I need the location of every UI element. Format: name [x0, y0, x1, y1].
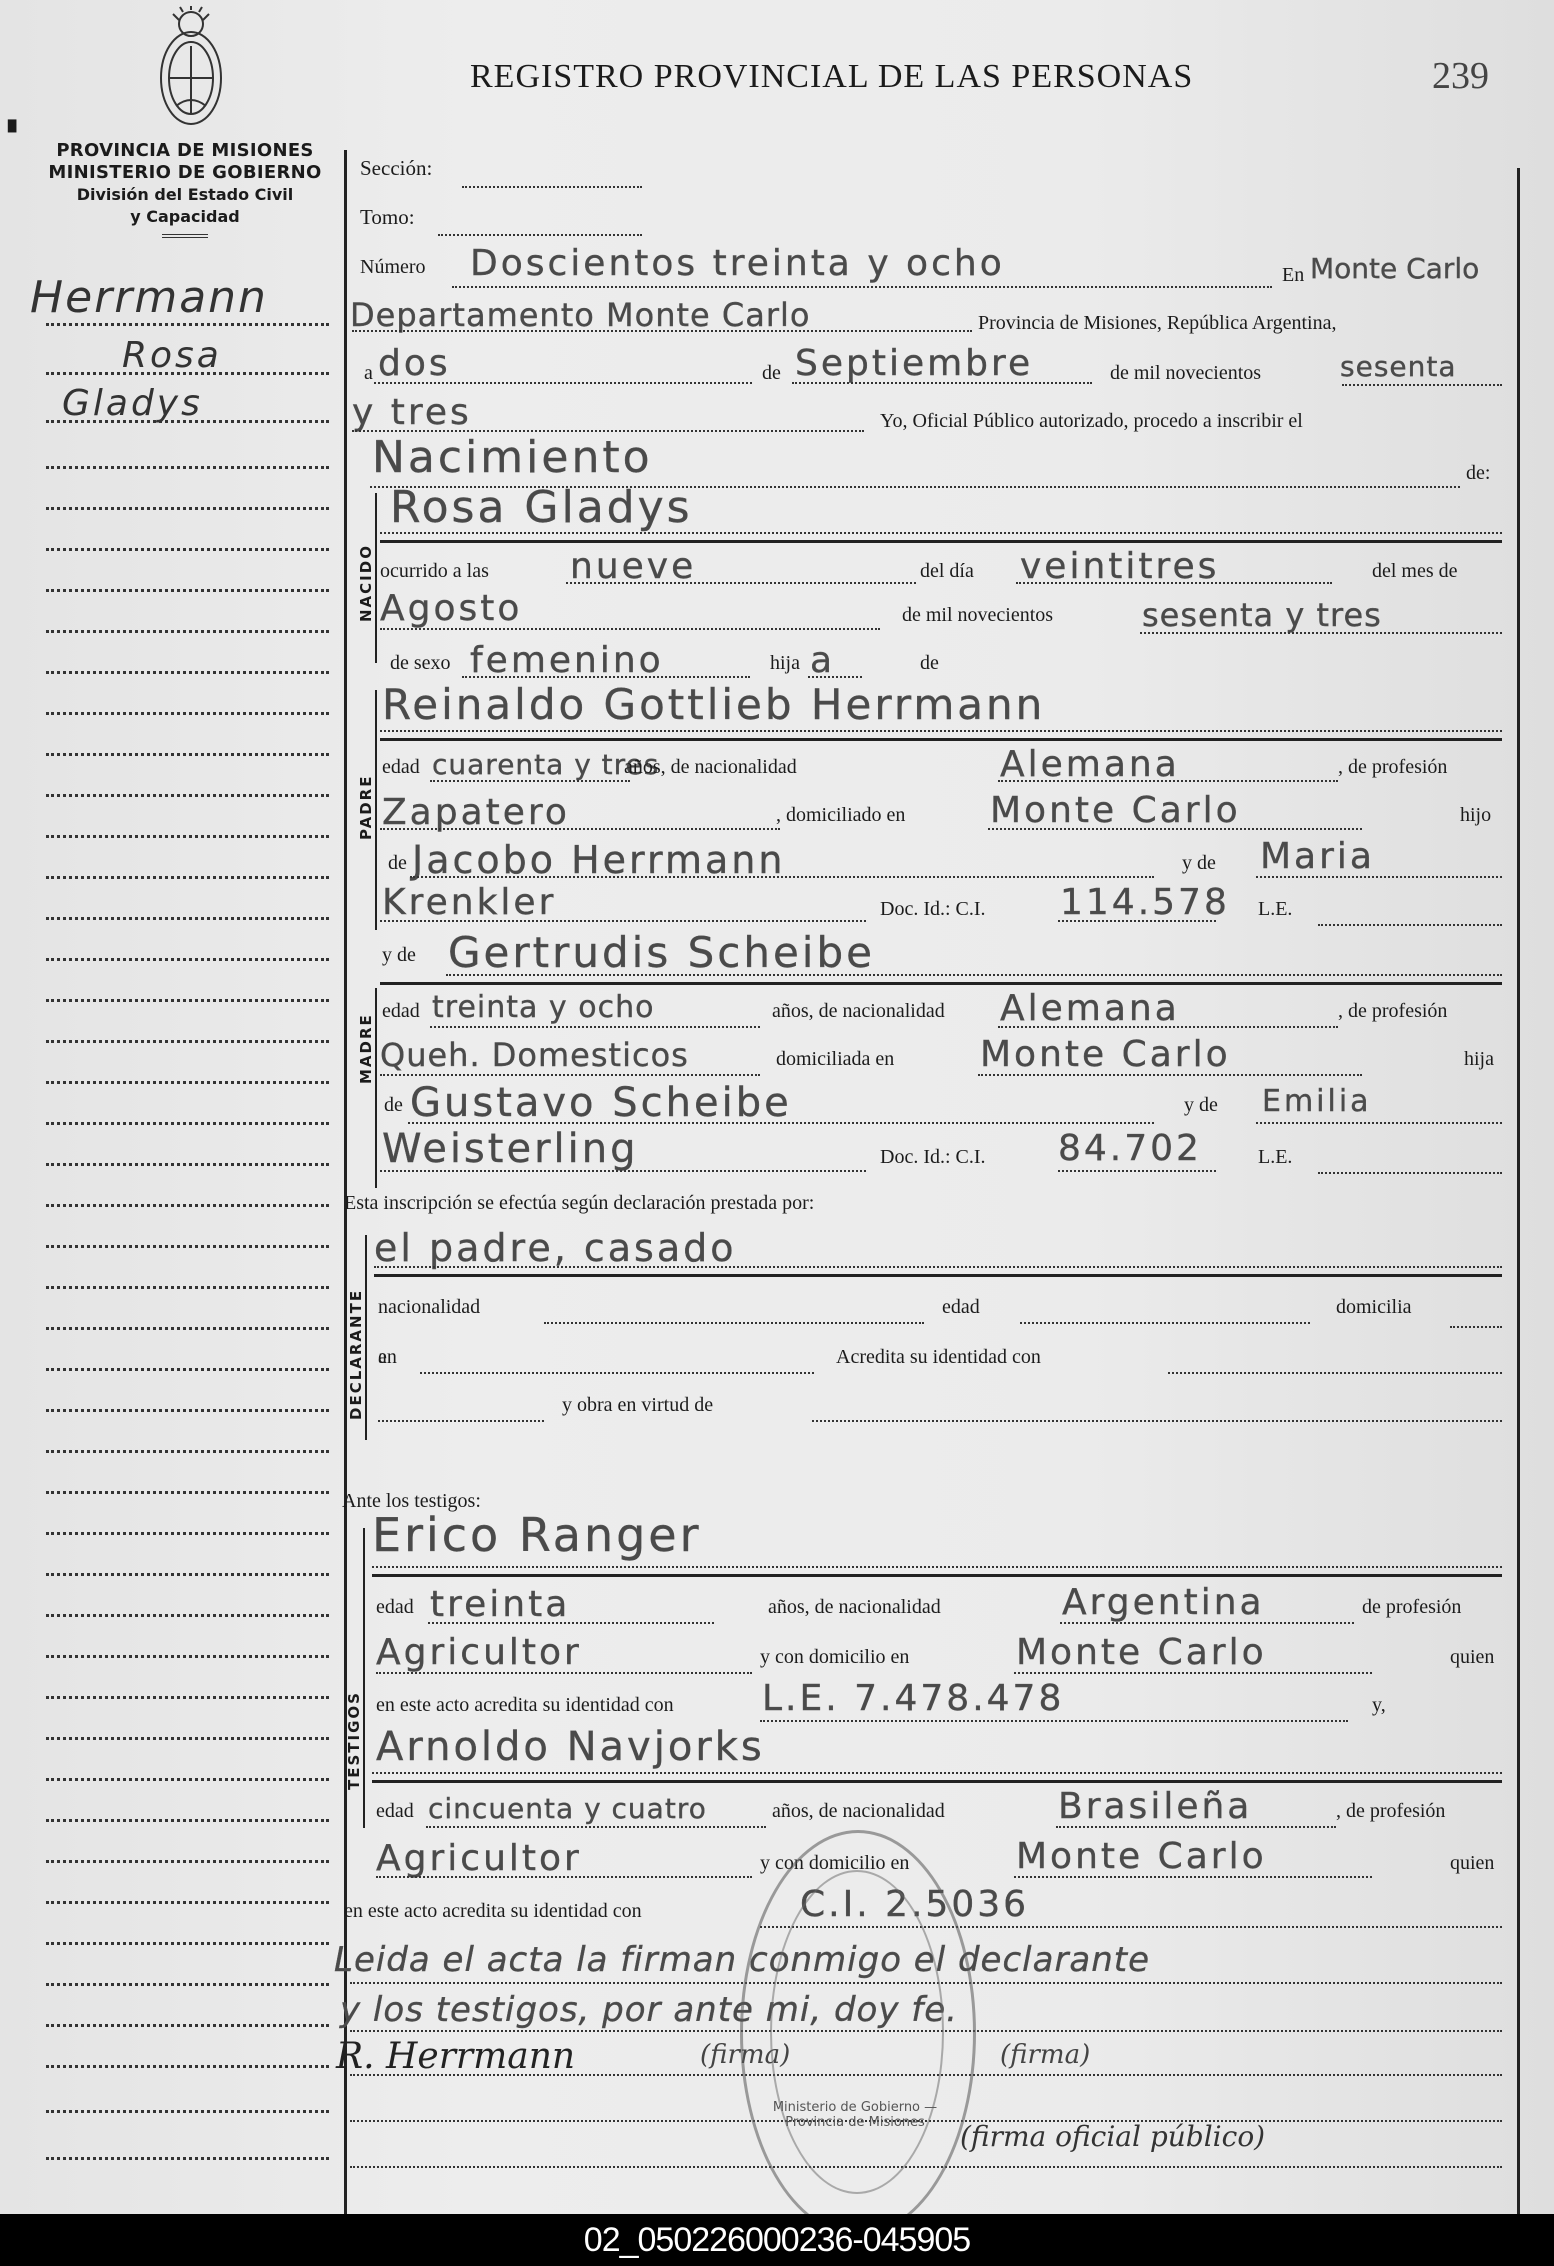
padre-domicilio-value[interactable]: Monte Carlo — [990, 790, 1241, 831]
testigo1-nacionalidad-label: años, de nacionalidad — [768, 1596, 941, 1619]
nacido-nombre-value[interactable]: Rosa Gladys — [390, 482, 693, 533]
madre-ci-value[interactable]: 84.702 — [1058, 1128, 1202, 1169]
declarante-pre-virtud-field[interactable] — [378, 1420, 544, 1422]
declarante-edad-field[interactable] — [1020, 1322, 1310, 1324]
margin-given-name-2: Gladys — [62, 383, 203, 424]
padre-nacionalidad-line — [998, 780, 1338, 782]
testigo1-edad-line — [428, 1622, 714, 1624]
mes-line — [792, 382, 1092, 384]
testigo1-identidad-line — [760, 1720, 1348, 1722]
anio-value-2[interactable]: y tres — [352, 392, 472, 433]
issuing-authority: PROVINCIA DE MISIONES MINISTERIO DE GOBI… — [40, 140, 330, 238]
testigo1-edad-label: edad — [376, 1596, 414, 1619]
del-dia-label: del día — [920, 560, 974, 583]
abuela-materna-value-2[interactable]: Weisterling — [382, 1126, 638, 1172]
testigo2-edad-line — [426, 1826, 766, 1828]
padre-de-label: de — [388, 852, 407, 875]
page-title: REGISTRO PROVINCIAL DE LAS PERSONAS — [470, 58, 1193, 96]
padre-ci-value[interactable]: 114.578 — [1060, 882, 1230, 923]
testigo2-domicilio-line — [1014, 1876, 1372, 1878]
padre-edad-line — [430, 780, 630, 782]
inscripcion-label: Esta inscripción se efectúa según declar… — [344, 1192, 814, 1215]
madre-nacionalidad-line — [998, 1026, 1338, 1028]
dia-value[interactable]: dos — [378, 343, 451, 384]
mes-value[interactable]: Septiembre — [795, 343, 1033, 384]
testigo1-profesion-label: de profesión — [1362, 1596, 1461, 1619]
madre-nombre-line — [446, 974, 1502, 976]
seccion-label: Sección: — [360, 156, 432, 181]
padre-profesion-label: , de profesión — [1338, 756, 1447, 779]
declarante-en-field[interactable] — [420, 1372, 814, 1374]
argentine-coat-of-arms-icon — [150, 6, 232, 132]
padre-nacionalidad-label: años, de nacionalidad — [624, 756, 797, 779]
abuela-paterna-value-2[interactable]: Krenkler — [382, 882, 556, 923]
testigo2-divider — [372, 1780, 1502, 1783]
padre-edad-label: edad — [382, 756, 420, 779]
section-madre: MADRE — [357, 1013, 375, 1084]
org-rule — [162, 234, 208, 238]
padre-bracket — [375, 690, 377, 930]
hija-line — [808, 676, 862, 678]
abuela-materna-line-2 — [380, 1170, 866, 1172]
testigo2-nombre-value[interactable]: Arnoldo Navjorks — [376, 1724, 765, 1770]
registry-page: ▘ PROVINCIA DE MISIONES MINISTERIO DE GO… — [0, 0, 1554, 2214]
del-mes-label: del mes de — [1372, 560, 1458, 583]
numero-value[interactable]: Doscientos treinta y ocho — [470, 243, 1005, 284]
de-colon-label: de: — [1466, 462, 1490, 485]
testigo1-nacionalidad-value[interactable]: Argentina — [1062, 1582, 1265, 1623]
madre-domicilio-line — [978, 1074, 1362, 1076]
signature-declarante: R. Herrmann — [336, 2036, 575, 2077]
madre-bracket — [375, 988, 377, 1188]
testigo2-domicilio-value[interactable]: Monte Carlo — [1016, 1836, 1267, 1877]
testigo1-edad-value[interactable]: treinta — [430, 1584, 570, 1625]
madre-docid-label: Doc. Id.: C.I. — [880, 1146, 986, 1169]
madre-nacionalidad-value[interactable]: Alemana — [1000, 988, 1180, 1029]
padre-y-de-label: y de — [1182, 852, 1216, 875]
mil-novecientos-nac-label: de mil novecientos — [902, 604, 1053, 627]
hija-madre-label: hija — [1464, 1048, 1494, 1071]
org-division-2: y Capacidad — [40, 206, 330, 228]
testigo2-profesion-line — [376, 1876, 752, 1878]
signature-oficial: (firma oficial público) — [960, 2120, 1265, 2153]
domiciliada-label: domiciliada en — [776, 1048, 894, 1071]
testigo2-nacionalidad-label: años, de nacionalidad — [772, 1800, 945, 1823]
page-number: 239 — [1432, 54, 1489, 98]
madre-divider — [380, 982, 1502, 985]
madre-edad-value[interactable]: treinta y ocho — [432, 990, 654, 1025]
abuela-materna-value-1[interactable]: Emilia — [1262, 1084, 1372, 1119]
sexo-line — [462, 676, 750, 678]
declarante-divider — [374, 1274, 1502, 1277]
madre-profesion-line — [380, 1074, 760, 1076]
padre-le-field[interactable] — [1318, 924, 1502, 926]
madre-domicilio-value[interactable]: Monte Carlo — [980, 1034, 1231, 1075]
seccion-field[interactable] — [462, 186, 642, 188]
margin-mark: ▘ — [8, 120, 25, 146]
obra-virtud-label: y obra en virtud de — [562, 1394, 713, 1417]
tomo-field[interactable] — [438, 234, 642, 236]
testigo2-nombre-line — [372, 1772, 1502, 1774]
section-declarante: DECLARANTE — [347, 1289, 365, 1420]
testigo2-edad-label: edad — [376, 1800, 414, 1823]
testigo1-nombre-line — [372, 1566, 1502, 1568]
anio-line-1 — [1342, 384, 1502, 386]
seal-text: Ministerio de Gobierno — Provincia de Mi… — [760, 2100, 950, 2130]
madre-de-label: de — [384, 1094, 403, 1117]
hora-value[interactable]: nueve — [570, 546, 696, 587]
sexo-value[interactable]: femenino — [470, 640, 664, 681]
madre-le-field[interactable] — [1318, 1172, 1502, 1174]
declarante-bracket — [365, 1235, 367, 1440]
testigo2-quien-label: quien — [1450, 1852, 1494, 1875]
acto-value[interactable]: Nacimiento — [372, 432, 653, 483]
abuela-materna-line-1 — [1256, 1122, 1502, 1124]
nacido-nombre-line — [380, 532, 1502, 534]
nacido-bracket — [375, 493, 377, 663]
testigo1-divider — [372, 1574, 1502, 1577]
declarante-domicilio-field[interactable] — [1450, 1326, 1502, 1328]
madre-profesion-label: , de profesión — [1338, 1000, 1447, 1023]
abuelo-paterno-line — [410, 876, 1154, 878]
testigo1-y-label: y, — [1372, 1694, 1386, 1717]
dia-line — [374, 382, 752, 384]
padre-profesion-line — [380, 828, 780, 830]
frame-right-border — [1517, 168, 1520, 2220]
padre-nacionalidad-value[interactable]: Alemana — [1000, 744, 1180, 785]
testigo1-domicilio-label: y con domicilio en — [760, 1646, 909, 1669]
abuelo-materno-value[interactable]: Gustavo Scheibe — [410, 1080, 792, 1126]
closing-line-1: Leida el acta la firman conmigo el decla… — [334, 1940, 1150, 1980]
padre-domicilio-line — [988, 828, 1362, 830]
padre-nombre-line — [380, 730, 1502, 732]
madre-y-de-2-label: y de — [1184, 1094, 1218, 1117]
testigo1-identidad-value[interactable]: L.E. 7.478.478 — [762, 1678, 1064, 1719]
testigo1-domicilio-line — [1014, 1672, 1372, 1674]
testigo1-nombre-value[interactable]: Erico Ranger — [372, 1508, 702, 1562]
testigo1-quien-label: quien — [1450, 1646, 1494, 1669]
signature-testigo-2: (firma) — [1000, 2040, 1090, 2070]
madre-edad-label: edad — [382, 1000, 420, 1023]
en-label: En — [1282, 264, 1304, 287]
domicilia-label: domicilia — [1336, 1296, 1412, 1319]
madre-ci-line — [1058, 1170, 1216, 1172]
declarante-edad-label: edad — [942, 1296, 980, 1319]
testigo2-profesion-value[interactable]: Agricultor — [376, 1838, 582, 1879]
departamento-value[interactable]: Departamento Monte Carlo — [350, 296, 810, 334]
anio-nac-value[interactable]: sesenta y tres — [1142, 596, 1382, 634]
anio-nac-line — [1140, 632, 1502, 634]
testigo2-nacionalidad-line — [1056, 1826, 1336, 1828]
declarante-nacionalidad-label: nacionalidad — [378, 1296, 480, 1319]
scan-id-footer: 02_050226000236-045905 — [0, 2214, 1554, 2266]
declarante-quien-line — [374, 1266, 1502, 1268]
padre-nombre-value[interactable]: Reinaldo Gottlieb Herrmann — [382, 680, 1045, 729]
acredita-label: Acredita su identidad con — [836, 1346, 1041, 1369]
hijo-label: hijo — [1460, 804, 1491, 827]
abuelo-materno-line — [408, 1122, 1154, 1124]
padre-profesion-value[interactable]: Zapatero — [382, 792, 570, 833]
madre-nombre-value[interactable]: Gertrudis Scheibe — [448, 928, 875, 977]
tomo-label: Tomo: — [360, 205, 415, 230]
ocurrido-label: ocurrido a las — [380, 560, 489, 583]
margin-surname: Herrmann — [30, 272, 268, 323]
madre-nacionalidad-label: años, de nacionalidad — [772, 1000, 945, 1023]
testigo1-acto-label: en este acto acredita su identidad con — [376, 1694, 674, 1717]
org-province: PROVINCIA DE MISIONES — [40, 140, 330, 162]
provincia-label: Provincia de Misiones, República Argenti… — [978, 312, 1336, 335]
madre-profesion-value[interactable]: Queh. Domesticos — [380, 1036, 689, 1074]
declarante-identidad-field[interactable] — [1168, 1372, 1502, 1374]
testigo2-nacionalidad-value[interactable]: Brasileña — [1058, 1786, 1252, 1827]
numero-label: Número — [360, 256, 426, 279]
declarante-en-text: en — [378, 1346, 397, 1369]
testigos-bracket — [363, 1528, 365, 1828]
section-nacido: NACIDO — [357, 544, 375, 622]
a-label: a — [364, 362, 373, 385]
testigo1-profesion-line — [376, 1672, 752, 1674]
abuela-paterna-line-1 — [1256, 876, 1502, 878]
lugar-value[interactable]: Monte Carlo — [1310, 252, 1479, 285]
section-padre: PADRE — [357, 775, 375, 840]
anio-value-1[interactable]: sesenta — [1340, 350, 1457, 383]
madre-edad-line — [430, 1026, 760, 1028]
departamento-line — [352, 330, 972, 332]
testigo1-nacionalidad-line — [1060, 1622, 1354, 1624]
declarante-nacionalidad-field[interactable] — [544, 1322, 924, 1324]
madre-le-label: L.E. — [1258, 1146, 1292, 1169]
margin-given-name-1: Rosa — [122, 335, 222, 376]
section-testigos: TESTIGOS — [345, 1691, 363, 1790]
de-label: de — [762, 362, 781, 385]
declarante-quien-value[interactable]: el padre, casado — [374, 1226, 737, 1270]
org-division: División del Estado Civil — [40, 184, 330, 206]
testigo2-edad-value[interactable]: cincuenta y cuatro — [428, 1792, 707, 1825]
abuela-paterna-value-1[interactable]: Maria — [1260, 836, 1375, 877]
de-padres-label: de — [920, 652, 939, 675]
org-ministry: MINISTERIO DE GOBIERNO — [40, 162, 330, 184]
sexo-label: de sexo — [390, 652, 451, 675]
mes-nac-line — [380, 628, 880, 630]
hija-label: hija — [770, 652, 800, 675]
testigo2-profesion-label: , de profesión — [1336, 1800, 1445, 1823]
padre-divider — [380, 738, 1502, 741]
dia-nac-line — [1016, 582, 1332, 584]
padre-le-label: L.E. — [1258, 898, 1292, 921]
mes-nac-value[interactable]: Agosto — [380, 588, 522, 629]
hija-value[interactable]: a — [810, 640, 835, 681]
dia-nac-value[interactable]: veintitres — [1020, 546, 1219, 587]
oficial-label: Yo, Oficial Público autorizado, procedo … — [880, 410, 1303, 433]
numero-line — [452, 286, 1272, 288]
testigo1-profesion-value[interactable]: Agricultor — [376, 1632, 582, 1673]
madre-y-de-label: y de — [382, 944, 416, 967]
testigo2-acto-label: en este acto acredita su identidad con — [344, 1900, 642, 1923]
declarante-virtud-field[interactable] — [812, 1420, 1502, 1422]
official-seal-inner — [770, 1870, 944, 2194]
mil-novecientos-label: de mil novecientos — [1110, 362, 1261, 385]
padre-docid-label: Doc. Id.: C.I. — [880, 898, 986, 921]
hora-line — [566, 582, 916, 584]
testigo1-domicilio-value[interactable]: Monte Carlo — [1016, 1632, 1267, 1673]
nacido-divider — [380, 540, 1502, 543]
domiciliado-label: , domiciliado en — [776, 804, 905, 827]
padre-ci-line — [1058, 920, 1216, 922]
abuela-paterna-line-2 — [380, 920, 866, 922]
